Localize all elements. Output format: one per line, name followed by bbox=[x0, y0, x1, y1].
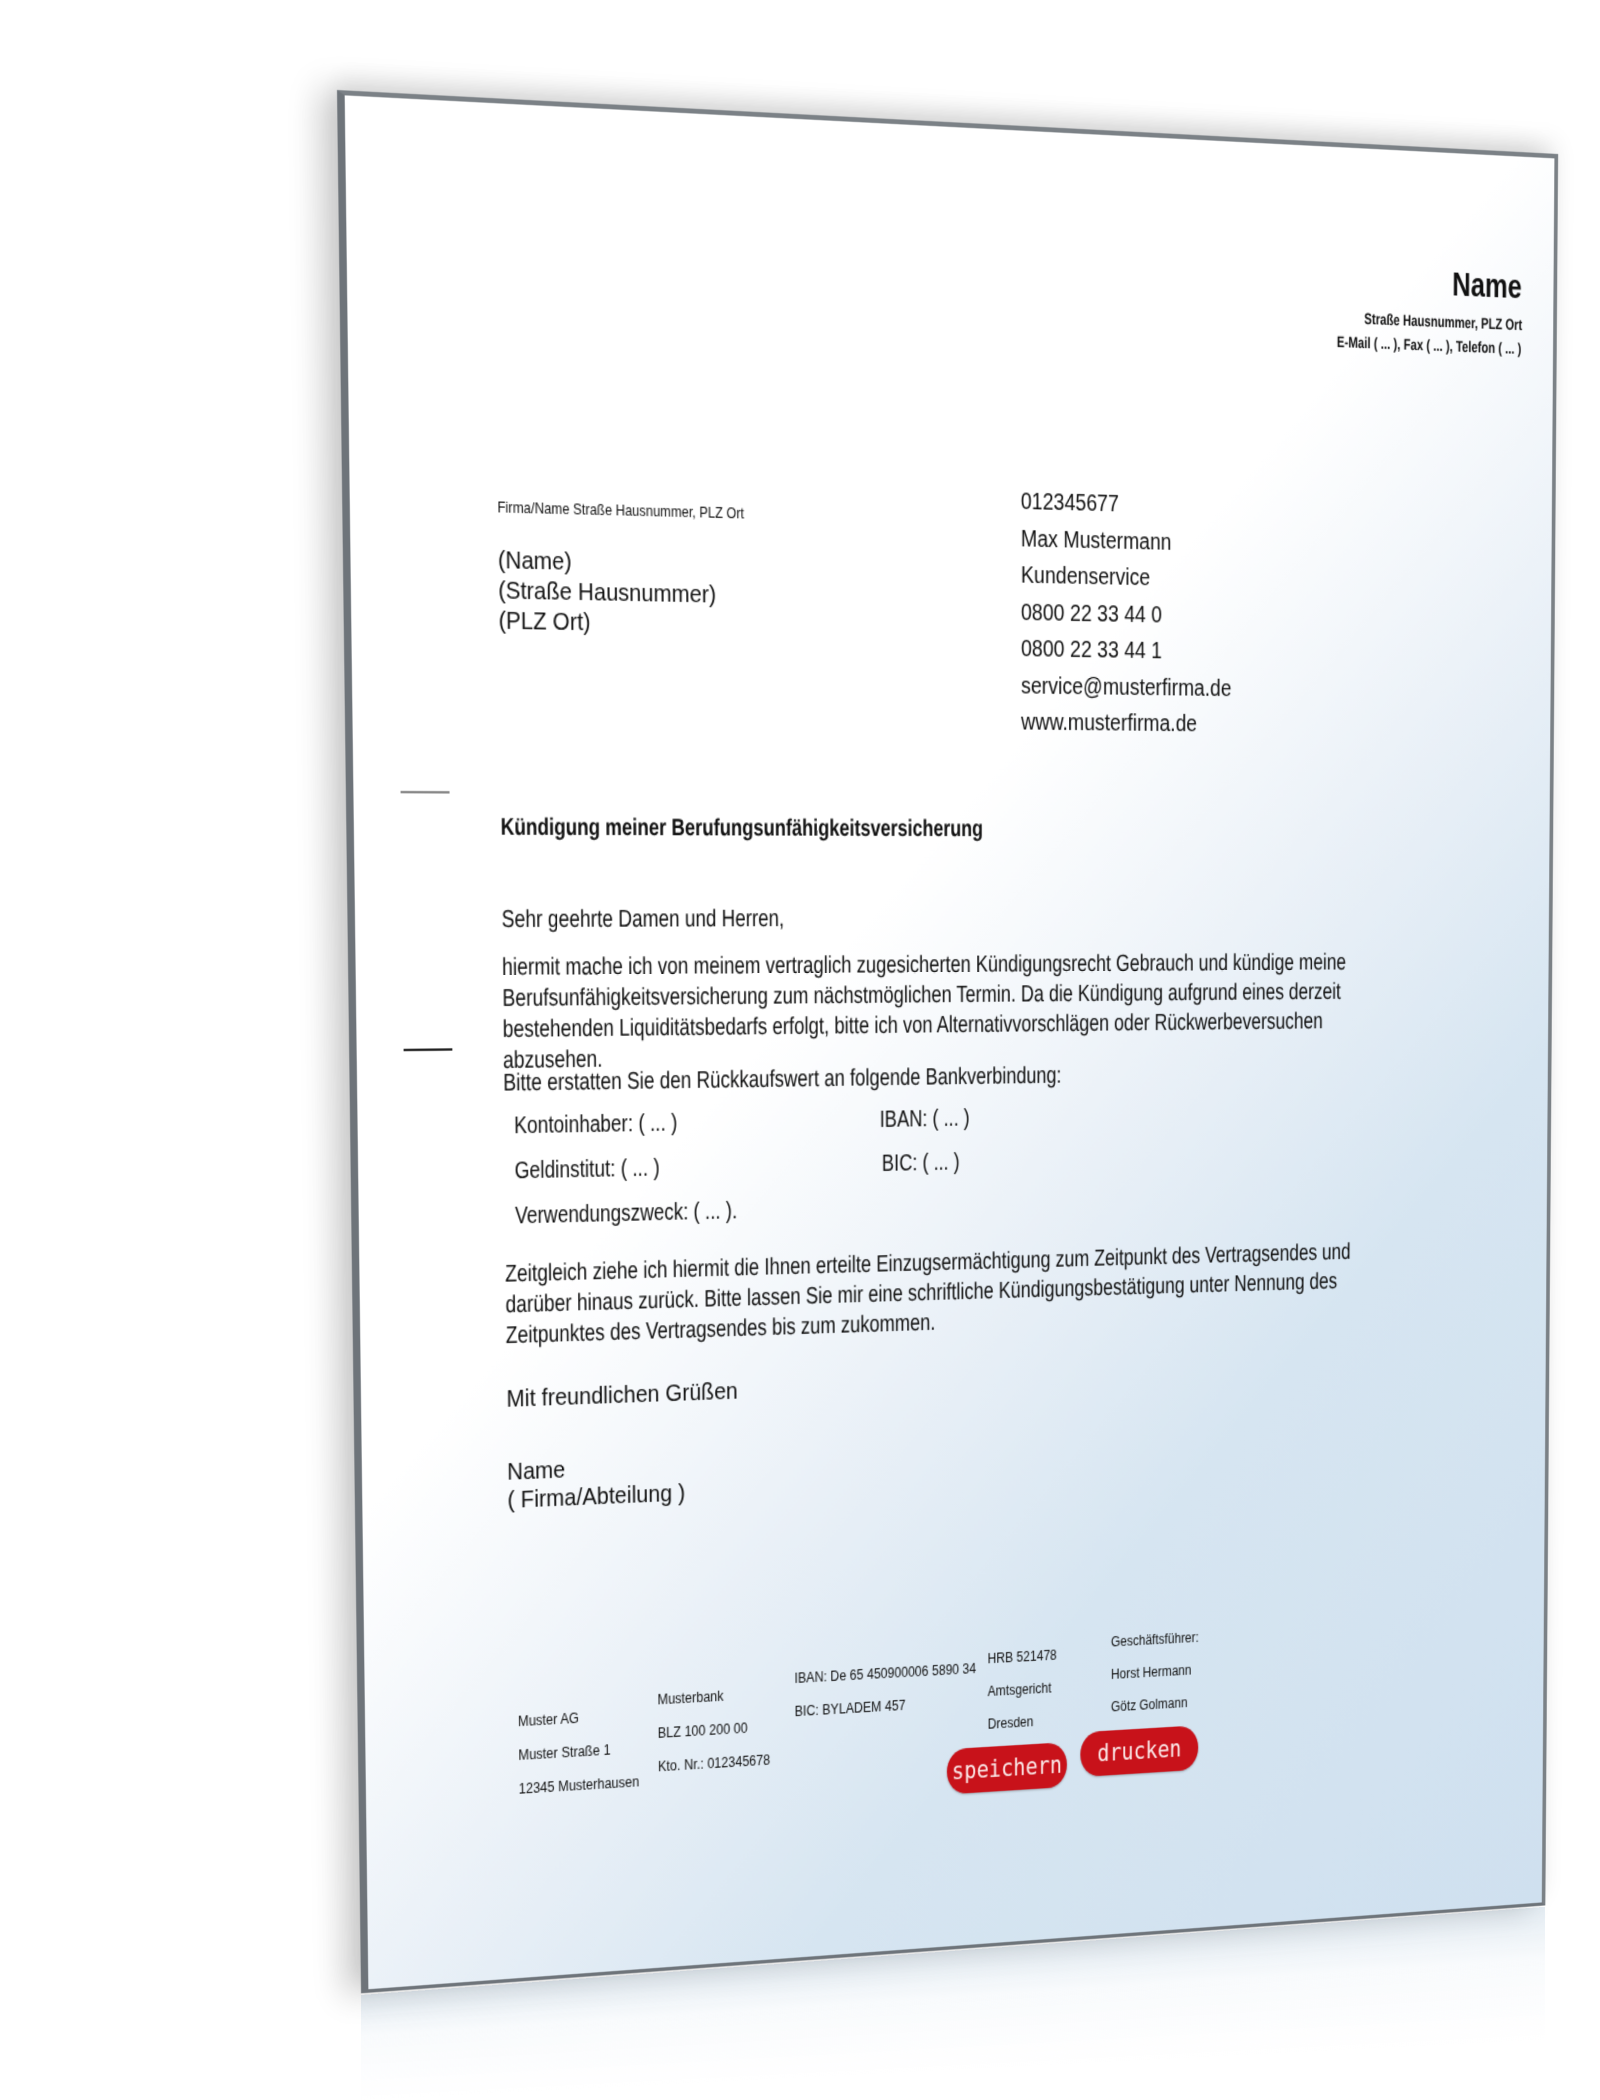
print-button[interactable]: drucken bbox=[1080, 1725, 1198, 1777]
contact-person: Max Mustermann bbox=[1021, 521, 1232, 563]
footer-company: Muster AG Muster Straße 1 12345 Musterha… bbox=[518, 1699, 640, 1807]
footer-management-label: Geschäftsführer: bbox=[1111, 1622, 1199, 1659]
footer-management: Geschäftsführer: Horst Hermann Götz Golm… bbox=[1111, 1622, 1199, 1724]
save-button[interactable]: speichern bbox=[947, 1742, 1067, 1794]
paragraph-cancellation: hiermit mache ich von meinem vertraglich… bbox=[502, 948, 1358, 1076]
footer-bank: Musterbank BLZ 100 200 00 Kto. Nr.: 0123… bbox=[657, 1678, 770, 1784]
phone: 0800 22 33 44 0 bbox=[1021, 595, 1232, 635]
website: www.musterfirma.de bbox=[1021, 705, 1231, 744]
sender-contact: E-Mail ( ... ), Fax ( ... ), Telefon ( .… bbox=[1337, 333, 1522, 357]
info-block: 012345677 Max Mustermann Kundenservice 0… bbox=[1021, 484, 1232, 743]
footer-hrb: HRB 521478 bbox=[988, 1639, 1057, 1675]
footer-court-city: Dresden bbox=[988, 1705, 1057, 1742]
footer-manager-1: Horst Hermann bbox=[1111, 1654, 1199, 1691]
return-address: Firma/Name Straße Hausnummer, PLZ Ort bbox=[497, 498, 744, 522]
footer-account-number: Kto. Nr.: 012345678 bbox=[658, 1744, 770, 1784]
payment-purpose: Verwendungszweck: ( ... ). bbox=[515, 1198, 737, 1230]
iban: IBAN: ( ... ) bbox=[880, 1106, 970, 1134]
recipient-address: (Name) (Straße Hausnummer) (PLZ Ort) bbox=[498, 545, 717, 639]
sender-address: Straße Hausnummer, PLZ Ort bbox=[1364, 310, 1522, 333]
account-holder: Kontoinhaber: ( ... ) bbox=[514, 1110, 677, 1140]
bic: BIC: ( ... ) bbox=[882, 1150, 960, 1178]
footer-register: HRB 521478 Amtsgericht Dresden bbox=[988, 1639, 1057, 1741]
recipient-street: (Straße Hausnummer) bbox=[498, 575, 716, 609]
letter-page: Name Straße Hausnummer, PLZ Ort E-Mail (… bbox=[337, 90, 1558, 1993]
signature-block: Name ( Firma/Abteilung ) bbox=[507, 1452, 685, 1515]
signature-department: ( Firma/Abteilung ) bbox=[507, 1480, 685, 1515]
paragraph-revocation: Zeitgleich ziehe ich hiermit die Ihnen e… bbox=[505, 1237, 1357, 1351]
footer-company-city: 12345 Musterhausen bbox=[518, 1766, 639, 1807]
email: service@musterfirma.de bbox=[1021, 668, 1231, 707]
document-preview-stage: Name Straße Hausnummer, PLZ Ort E-Mail (… bbox=[0, 0, 1600, 2100]
salutation: Sehr geehrte Damen und Herren, bbox=[501, 903, 1256, 935]
footer-iban: IBAN: De 65 450900006 5890 34 BIC: BYLAD… bbox=[794, 1653, 976, 1729]
recipient-name: (Name) bbox=[498, 545, 716, 580]
footer-court: Amtsgericht bbox=[988, 1672, 1057, 1709]
sender-name: Name bbox=[1452, 266, 1522, 308]
closing: Mit freundlichen Grüßen bbox=[506, 1378, 738, 1414]
department: Kundenservice bbox=[1021, 558, 1232, 599]
subject-line: Kündigung meiner Berufungsunfähigkeitsve… bbox=[501, 814, 983, 843]
fold-mark-top bbox=[401, 791, 450, 794]
recipient-city: (PLZ Ort) bbox=[498, 606, 716, 640]
fax: 0800 22 33 44 1 bbox=[1021, 632, 1232, 672]
customer-number: 012345677 bbox=[1021, 484, 1232, 526]
footer-manager-2: Götz Golmann bbox=[1111, 1686, 1199, 1723]
fold-mark-middle bbox=[404, 1048, 453, 1051]
bank-institution: Geldinstitut: ( ... ) bbox=[514, 1155, 659, 1185]
